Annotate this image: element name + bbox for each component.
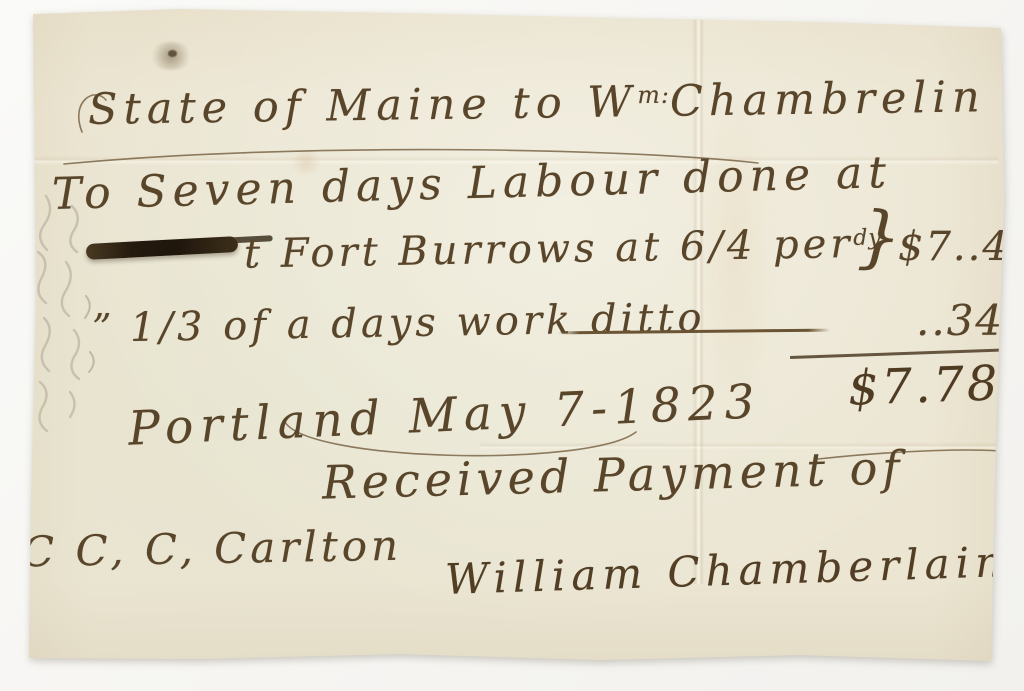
witness-signature: C C, C, Carlton: [22, 521, 403, 577]
header-text-2: Chambrelin D: [670, 71, 1024, 126]
header-superscript-m: m:: [637, 81, 670, 109]
header-text-1: State of Maine to W: [88, 77, 638, 135]
struck-out-word: [86, 236, 239, 260]
amount-brace: }: [856, 197, 903, 278]
ditto-mark: ”: [92, 306, 111, 350]
labour-line: To Seven days Labour done at: [51, 147, 892, 220]
place-date-line: Portland May 7-1823: [127, 374, 763, 457]
total-amount: $7.78: [847, 355, 1001, 416]
paper-shadow-wrap: State of Maine to Wm:Chambrelin Dr: To S…: [0, 0, 1024, 691]
amount-thirty-four: ..34: [916, 296, 1004, 345]
fort-line-text: t Fort Burrows at 6/4 per: [244, 221, 854, 278]
receipt-paper: State of Maine to Wm:Chambrelin Dr: To S…: [0, 0, 1024, 691]
ink-stain-top-left: [148, 42, 194, 70]
received-payment-line: Received Payment of: [321, 440, 905, 509]
fraction-day-line: 1/3 of a days work ditto: [130, 295, 706, 351]
payee-signature: William Chamberlain: [444, 537, 1008, 604]
scanned-receipt-page: State of Maine to Wm:Chambrelin Dr: To S…: [0, 0, 1024, 691]
header-line: State of Maine to Wm:Chambrelin Dr:: [88, 71, 1024, 135]
fort-line: t Fort Burrows at 6/4 perdy: [244, 220, 883, 277]
ink-speck-top-left: [168, 50, 177, 57]
amount-seven-forty-four: $7..44: [898, 224, 1024, 270]
